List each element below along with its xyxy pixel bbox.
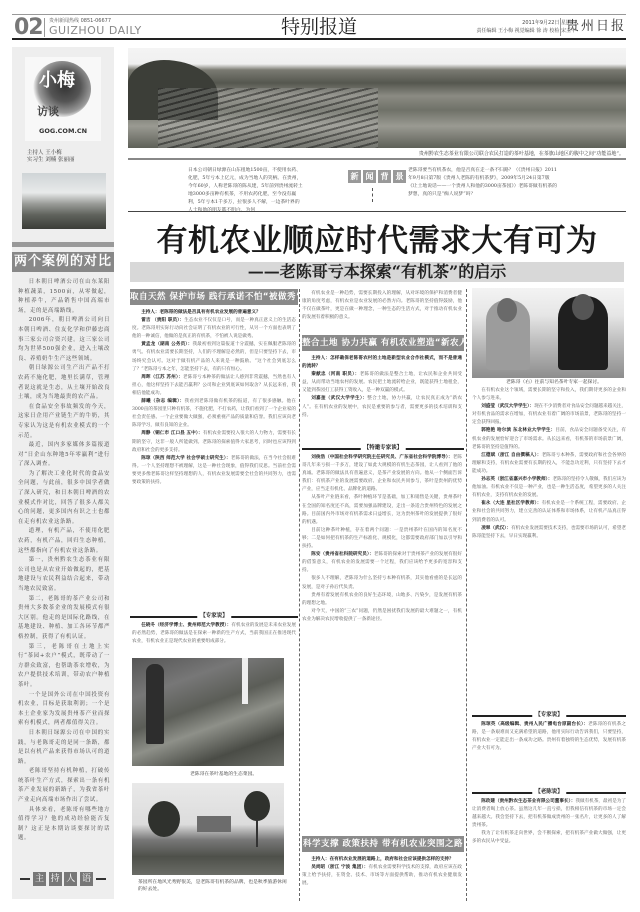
divider: [128, 158, 626, 160]
divider: [128, 211, 626, 212]
speaker: 刘俊浩（中国社会科学研究院主任研究员、广东省社会科学院博导）：: [311, 455, 453, 460]
speaker: 陈安（贵州省社科院研究员）：: [311, 552, 374, 557]
host-question: 主持人：老陈哥的做法是否具有有机农业发展的普遍意义？: [141, 310, 260, 315]
paragraph: 2006年，朝日啤酒公司向日本朝日啤酒、住友化学和伊藤忠商事三家公司合资兴建。这…: [18, 316, 110, 364]
vegetable-garden-photo: [132, 658, 284, 766]
logo-subtitle: 访谈: [37, 103, 59, 119]
paragraph: 第一，贵州黔农生态茶业有限公司也是从农业开始做起的，把基地建设与农民利益结合起来…: [18, 556, 110, 594]
interview-logo: 小梅 访谈 GOG.COM.CN: [25, 57, 101, 141]
host-info: 主持人 王小梅 实习生 刘楠 张丽丽: [27, 150, 75, 164]
paragraph: 有机农业是一种趋势，需要长期投入的理解，从对环境的保护和消费者健康的角度考虑，有…: [302, 290, 462, 322]
col2-section-head: 整合土地 协力共赢 有机农业塑造“新农人”: [302, 335, 464, 351]
col2-text-2: 主持人：在有机农业发展的道路上，政府和社会应该提供怎样的支持？ 吴尚昭（浙江 宁…: [302, 856, 462, 902]
speaker: 周晖（江苏 苏州）：: [141, 375, 183, 380]
paragraph: 具体来看，老陈哥有哪些地方值得学习？他的成功经验能否复制？这正是本期访谈要探讨的…: [18, 806, 110, 844]
col1-text: 主持人：老陈哥的做法是否具有有机农业发展的普遍意义？ 雷吉 （贵阳 职员）：生态…: [132, 309, 296, 585]
expert-tag-rule: 【专家说】: [472, 712, 626, 719]
tea-garden-landscape-photo: [132, 783, 284, 875]
speaker: 孙志英（浙江省嘉兴市小学教师）：: [481, 477, 552, 482]
speaker: 吴尚昭（浙江 宁波 集团）：: [311, 865, 368, 870]
speaker: 雷吉 （贵阳 职员）：: [141, 318, 184, 323]
paragraph: 很多人不理解，老陈哥为什么坚持亏本种有机茶，其实他看重的是长远的发展，是对子孙后…: [302, 575, 462, 591]
building-shape: [197, 816, 231, 832]
speaker: 刘嘉奎（武汉大学学生）：: [311, 396, 367, 401]
col2-section-head-2: 科学支撑 政策扶持 带有机农业突围之路: [302, 836, 464, 852]
logo-url: GOG.COM.CN: [39, 127, 87, 135]
tree-shape: [148, 801, 180, 837]
tree-shape: [244, 791, 270, 821]
host-name: 主持人 王小梅: [27, 150, 75, 157]
sign-char: 主: [33, 872, 46, 886]
paragraph: 目前这种茶叶种植，存在着两个问题：一是贵州茶叶在国内的知名度不够；二是如何把有机…: [302, 527, 462, 551]
news-background-right: 老陈哥要当有机茶农，他是否真在走一条不归路？（《贵州日报》2011年9月8日第7…: [408, 167, 558, 199]
post-shape: [242, 658, 248, 704]
host-signature: 主 持 人 语: [20, 872, 106, 886]
paragraph: 第三，老陈哥在土地上实行“茶园+农户”模式，既带动了一方群众致富，也帮助茶农增收…: [18, 643, 110, 691]
rule: [20, 878, 30, 880]
col3-expert-text: 陈琼英（高级编辑、贵州人民广播电台原副台长）：老陈哥的有机茶之路，是一条艰难而又…: [472, 721, 626, 787]
speaker: 任晓冬（经济学博士、贵州师范大学教授）：: [141, 623, 231, 628]
column-divider: [466, 289, 467, 901]
paragraph: 从茶叶产业链来看，茶叶种植环节是基础，加工和销售是关键，贵州茶叶在全国的知名度还…: [302, 494, 462, 526]
speaker: 陈琼（陕西 师范大学 社会学硕士研究生）：: [141, 456, 231, 461]
special-expert-tag-rule: 【特邀专家谈】: [302, 445, 464, 452]
col1-section-head: 取自天然 保护市场 践行承诺不怕“被做秀”: [130, 289, 298, 305]
news-background-left: 日本公司朝日绿源在山东租地1500亩，不使用农药、化肥，5年亏本上亿元，成为当地…: [188, 167, 303, 215]
tea-plantation-photo: [128, 48, 626, 148]
paragraph: 老陈哥坚持有机种植，打破传统茶叶生产方式，探索出一条有机茶产业发展的新路子，为我…: [18, 767, 110, 805]
paragraph: 一个是国外公司在中国投资有机农业，目标是获取利润；一个是本土企业家为发展贵州茶产…: [18, 691, 110, 729]
rule: [96, 878, 106, 880]
col2-expert-text: 刘俊浩（中国社会科学研究院主任研究员、广东省社会科学院博导）：老陈哥几年来亏损一…: [302, 454, 462, 834]
paragraph: 最近，国内多家媒体多篇报道对“日企山东种地5年零赢利”进行了深入调查。: [18, 441, 110, 470]
badge-char: 景: [393, 170, 406, 183]
paper-logo: 贵州日报: [560, 18, 626, 36]
laochen-tag: 【老陈说】: [532, 788, 566, 796]
speaker: 崔永（大连 星社区学教师）：: [481, 501, 541, 506]
speaker: 周静（铜仁市 江口县 五中）：: [141, 431, 203, 436]
paragraph: 日本朝日啤酒公司在山东莱阳种植蔬菜，1500亩，从零做起，种植养牛，产品销售中国…: [18, 278, 110, 316]
speaker: 薛曦（杂志 编辑）：: [141, 399, 184, 404]
speaker: 刘盛莹（武汉大学学生）：: [481, 404, 534, 409]
intern-names: 实习生 刘楠 张丽丽: [27, 157, 75, 164]
paragraph: 老陈哥几年来亏损一千多万，建设了如此大规模的有机生态茶园，让人看到了他的真诚。老…: [302, 455, 462, 492]
subheadline: ——老陈哥亏本探索“有机茶”的启示: [130, 262, 624, 282]
paragraph: 我为了让有机茶走向世界，会不断探索，把有机茶产业做大做强，让更多的农民从中受益。: [472, 830, 626, 846]
sign-char: 人: [64, 872, 77, 886]
paragraph: 朝日绿源公司生产出产品不打农药不施化肥，地里长满草，管理者说这就是生态，从土壤开…: [18, 364, 110, 402]
headline: 有机农业顺应时代需求大有可为: [128, 222, 626, 260]
photo-caption: 老陈哥（右）往前与知名茶叶专家一起探讨。: [506, 379, 626, 386]
logo-title: 小梅: [39, 71, 75, 91]
host-question: 主持人：在有机农业发展的道路上，政府和社会应该提供怎样的支持？: [311, 857, 453, 862]
paragraph: 在食品安全事故频发的今天，这家日企用产业链生产的牛奶，其专家认为这是有机农业模式…: [18, 403, 110, 441]
paragraph: 为了解决工业化时代的食品安全问题，与此前，很多中国学者做了深入研究，和日本朝日啤…: [18, 470, 110, 528]
laochen-tag-rule: 【老陈说】: [472, 789, 626, 796]
interview-portrait-photo: [472, 288, 624, 378]
col3-laochen-text: 陈政建（贵州黔农生态茶业有限公司董事长）：我做有机茶，最初是为了让消费者喝上放心…: [472, 798, 626, 902]
paragraph: 道理，有机产品，不使用化肥农药，有机产品，回归生态种植，这些都指向了有机农业这条…: [18, 527, 110, 556]
paragraph: 对今天，中国的“三农”问题，仍然是困扰我们发展的最大难题之一，有机农业为解决农民…: [302, 608, 462, 624]
badge-char: 背: [378, 170, 391, 183]
news-background-badge: 新 闻 背 景: [348, 170, 406, 183]
expert-tag: 【专家说】: [532, 711, 566, 719]
divider: [12, 242, 114, 247]
person-figure: [558, 296, 608, 370]
sign-char: 语: [80, 872, 93, 886]
photo-caption: 茶园所在地风光秀野很美，是老陈哥有机茶的品牌，也是秋季旅游休闲的好去处。: [138, 879, 288, 893]
paragraph: 第二，老陈哥的茶产业公司和贵州大多数茶企业的发展模式有很大区别。他走的是国际化路…: [18, 595, 110, 643]
speaker: 郭艳艳 哈尔滨 东北林业大学学生：: [481, 428, 555, 433]
column-divider: [299, 289, 300, 901]
badge-char: 闻: [363, 170, 376, 183]
dashed-divider: [372, 188, 373, 202]
speaker: 江德斌（浙江 自由撰稿人）：: [481, 453, 541, 458]
speaker: 秦献忠（河南 职员）：: [311, 372, 359, 377]
photo-caption: 贵州黔农生态茶业有限公司联合农民打造的茶叶基地，在茶旗山地区的腹中之间“功能益地…: [128, 150, 624, 157]
sidebar-section-title: 两个案例的对比: [12, 252, 114, 272]
speaker: 黄孟龙（湖南 公务员）：: [141, 342, 192, 347]
photo-caption: 老陈哥在茶叶基地的生态菜园。: [190, 771, 300, 778]
host-question: 主持人：怎样确保老陈哥农村的土地是新型农业合作社模式，而不是普通的流转？: [302, 356, 462, 369]
paragraph: 日本朝日绿源公司在中国的实践，与老陈哥走的是同一条路，都是以有机产品来获得市场认…: [18, 729, 110, 767]
badge-char: 新: [348, 170, 361, 183]
expert-tag: 【专家说】: [197, 612, 231, 620]
terrace-rows: [158, 88, 378, 148]
sidebar: 小梅 访谈 GOG.COM.CN 主持人 王小梅 实习生 刘楠 张丽丽 两个案例…: [12, 47, 114, 899]
col2-text: 主持人：怎样确保老陈哥农村的土地是新型农业合作社模式，而不是普通的流转？ 秦献忠…: [302, 355, 462, 443]
masthead: 02 贵州新闻热线 0851-06677 GUIZHOU DAILY 特别报道 …: [12, 14, 626, 40]
paragraph: 贵州有着发展有机农业的良好生态环境，山地多、污染少，是发展有机茶的理想之地。: [302, 592, 462, 608]
expert-tag-rule: 【专家说】: [130, 613, 298, 620]
speaker: 陈政建（贵州黔农生态茶业有限公司董事长）：: [481, 799, 575, 804]
paragraph: 在有机农业这个领域，需要长期的坚守和投入，我们期待更多的企业和个人参与进来。: [472, 387, 626, 403]
tea-field-photo: [22, 173, 106, 229]
col1-expert-text: 任晓冬（经济学博士、贵州师范大学教授）：有机农业的发展是未来农业发展的必然趋势，…: [132, 622, 296, 656]
speaker: 陈琼英（高级编辑、贵州人民广播电台原副台长）：: [481, 722, 588, 727]
sidebar-article: 日本朝日啤酒公司在山东莱阳种植蔬菜，1500亩，从零做起，种植养牛，产品销售中国…: [18, 278, 110, 852]
col2-top-text: 有机农业是一种趋势，需要长期投入的理解，从对环境的保护和消费者健康的角度考虑，有…: [302, 290, 462, 332]
person-figure: [486, 300, 530, 370]
sign-char: 持: [49, 872, 62, 886]
special-expert-tag: 【特邀专家谈】: [361, 444, 406, 452]
speaker: 凌翠（武汉）：: [481, 526, 511, 531]
person-figure: [146, 664, 164, 744]
